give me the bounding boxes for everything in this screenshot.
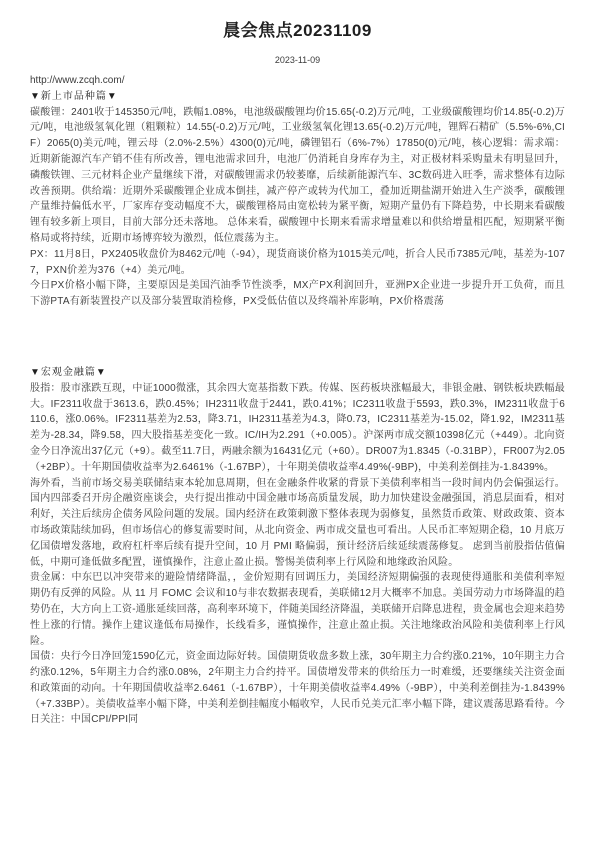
paragraph-equity-index: 股指：股市涨跌互现，中证1000微涨，其余四大宽基指数下跌。传媒、医药板块涨幅最… xyxy=(30,381,565,476)
paragraph-treasury-bonds: 国债：央行今日净回笼1590亿元，资金面边际好转。国债期货收盘多数上涨，30年期… xyxy=(30,649,565,728)
paragraph-px-comment: 今日PX价格小幅下降，主要原因是美国汽油季节性淡季，MX产PX利润回升，亚洲PX… xyxy=(30,278,565,310)
section-marker-macro-finance: ▼宏观金融篇▼ xyxy=(30,365,565,381)
document-date: 2023-11-09 xyxy=(30,54,565,66)
document-page: 晨会焦点20231109 2023-11-09 http://www.zcqh.… xyxy=(0,0,595,842)
paragraph-precious-metals: 贵金属：中东巴以冲突带来的避险情绪降温，，金价短期有回调压力，美国经济短期偏强的… xyxy=(30,570,565,649)
paragraph-equity-outlook: 海外看，当前市场交易美联储结束本轮加息周期，但在金融条件收紧的背景下美债利率相当… xyxy=(30,476,565,571)
section-marker-new-listings: ▼新上市品种篇▼ xyxy=(30,89,565,105)
paragraph-px-quote: PX：11月8日，PX2405收盘价为8462元/吨（-94），现货商谈价格为1… xyxy=(30,247,565,279)
paragraph-lithium-carbonate: 碳酸锂：2401收于145350元/吨，跌幅1.08%，电池级碳酸锂均价15.6… xyxy=(30,105,565,247)
page-title: 晨会焦点20231109 xyxy=(30,20,565,42)
website-url[interactable]: http://www.zcqh.com/ xyxy=(30,73,565,89)
